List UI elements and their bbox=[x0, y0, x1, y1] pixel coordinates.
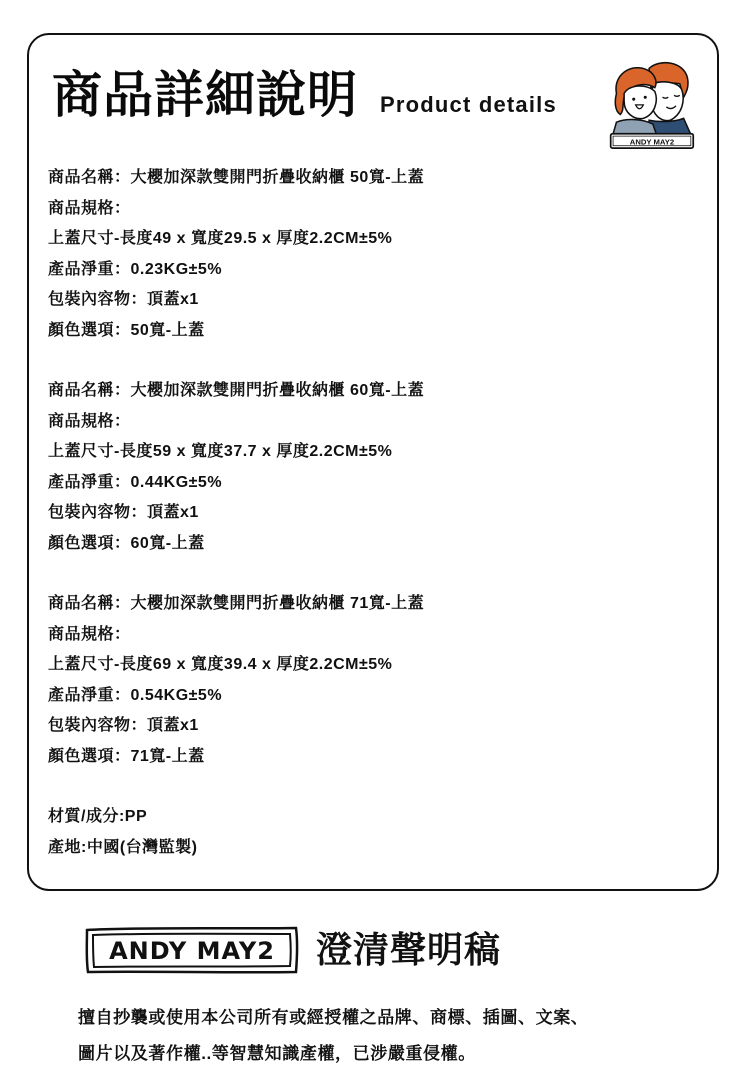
page-header: 商品詳細說明 Product details bbox=[52, 70, 557, 120]
product-name: 商品名稱：大櫻加深款雙開門折疊收納櫃 71寬-上蓋 bbox=[48, 589, 424, 620]
product-spec-label: 商品規格： bbox=[48, 620, 424, 651]
spec-list: 商品名稱：大櫻加深款雙開門折疊收納櫃 50寬-上蓋 商品規格： 上蓋尺寸-長度4… bbox=[48, 163, 424, 863]
package-contents: 包裝內容物：頂蓋x1 bbox=[48, 498, 424, 529]
product-weight: 產品淨重：0.54KG±5% bbox=[48, 681, 424, 712]
notice-body: 擅自抄襲或使用本公司所有或經授權之品牌、商標、插圖、文案、 圖片以及著作權..等… bbox=[78, 1000, 588, 1072]
product-weight: 產品淨重：0.23KG±5% bbox=[48, 255, 424, 286]
page-title: 商品詳細說明 bbox=[52, 70, 358, 120]
product-spec-label: 商品規格： bbox=[48, 194, 424, 225]
material: 材質/成分:PP bbox=[48, 802, 424, 833]
product-dimensions: 上蓋尺寸-長度69 x 寬度39.4 x 厚度2.2CM±5% bbox=[48, 650, 424, 681]
notice-line: 圖片以及著作權..等智慧知識產權，已涉嚴重侵權。 bbox=[78, 1036, 588, 1072]
product-dimensions: 上蓋尺寸-長度59 x 寬度37.7 x 厚度2.2CM±5% bbox=[48, 437, 424, 468]
color-option: 顏色選項：50寬-上蓋 bbox=[48, 316, 424, 347]
notice-line: 擅自抄襲或使用本公司所有或經授權之品牌、商標、插圖、文案、 bbox=[78, 1000, 588, 1036]
notice-title: 澄清聲明稿 bbox=[316, 928, 501, 972]
product-dimensions: 上蓋尺寸-長度49 x 寬度29.5 x 厚度2.2CM±5% bbox=[48, 224, 424, 255]
product-block-71: 商品名稱：大櫻加深款雙開門折疊收納櫃 71寬-上蓋 商品規格： 上蓋尺寸-長度6… bbox=[48, 589, 424, 772]
color-option: 顏色選項：71寬-上蓋 bbox=[48, 742, 424, 773]
page-subtitle: Product details bbox=[380, 92, 557, 118]
product-spec-label: 商品規格： bbox=[48, 407, 424, 438]
brand-mascot-icon: ANDY MAY2 bbox=[603, 55, 699, 151]
brand-logo-badge: ANDY MAY2 bbox=[84, 925, 300, 975]
product-block-60: 商品名稱：大櫻加深款雙開門折疊收納櫃 60寬-上蓋 商品規格： 上蓋尺寸-長度5… bbox=[48, 376, 424, 559]
color-option: 顏色選項：60寬-上蓋 bbox=[48, 529, 424, 560]
svg-text:ANDY MAY2: ANDY MAY2 bbox=[109, 937, 275, 965]
svg-text:ANDY MAY2: ANDY MAY2 bbox=[630, 137, 674, 146]
product-block-50: 商品名稱：大櫻加深款雙開門折疊收納櫃 50寬-上蓋 商品規格： 上蓋尺寸-長度4… bbox=[48, 163, 424, 346]
package-contents: 包裝內容物：頂蓋x1 bbox=[48, 285, 424, 316]
origin: 產地:中國(台灣監製) bbox=[48, 833, 424, 864]
package-contents: 包裝內容物：頂蓋x1 bbox=[48, 711, 424, 742]
product-name: 商品名稱：大櫻加深款雙開門折疊收納櫃 50寬-上蓋 bbox=[48, 163, 424, 194]
product-weight: 產品淨重：0.44KG±5% bbox=[48, 468, 424, 499]
product-name: 商品名稱：大櫻加深款雙開門折疊收納櫃 60寬-上蓋 bbox=[48, 376, 424, 407]
general-info: 材質/成分:PP 產地:中國(台灣監製) bbox=[48, 802, 424, 863]
